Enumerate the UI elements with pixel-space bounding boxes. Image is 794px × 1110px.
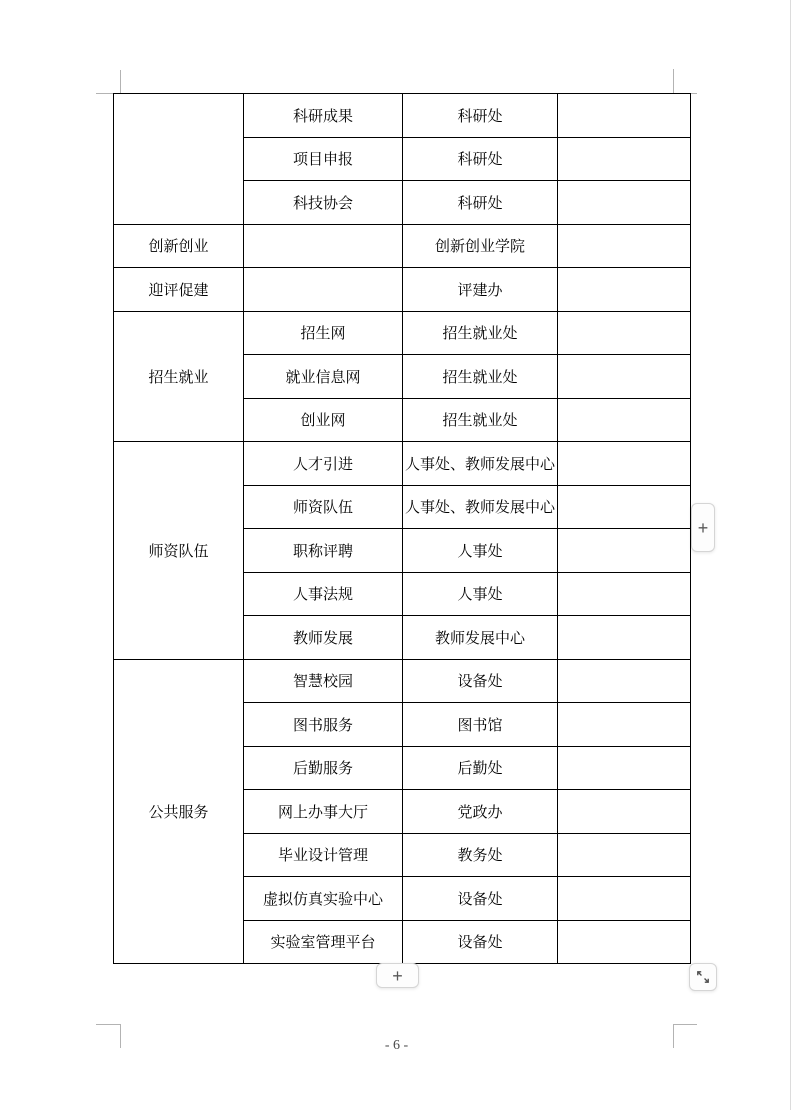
margin-crop-mark-bottom-right-h [673,1024,697,1025]
margin-crop-mark-top-right-v [673,69,674,93]
plus-icon: + [698,519,709,537]
table-body: 科研成果科研处项目申报科研处科技协会科研处创新创业创新创业学院迎评促建评建办招生… [114,94,691,964]
margin-crop-mark-bottom-left-h [96,1024,120,1025]
table-cell[interactable]: 迎评促建 [114,268,244,312]
table-cell[interactable]: 科技协会 [244,181,403,225]
table-cell[interactable]: 师资队伍 [244,485,403,529]
table-cell[interactable]: 公共服务 [114,659,244,964]
table-cell[interactable]: 教务处 [403,833,558,877]
table-cell[interactable] [558,703,691,747]
table-cell[interactable] [558,137,691,181]
table-row: 科研成果科研处 [114,94,691,138]
table-cell[interactable] [558,224,691,268]
table-cell[interactable]: 科研处 [403,181,558,225]
document-page: 科研成果科研处项目申报科研处科技协会科研处创新创业创新创业学院迎评促建评建办招生… [0,0,794,1110]
table-cell[interactable] [558,485,691,529]
table-cell[interactable]: 评建办 [403,268,558,312]
table-cell[interactable] [558,355,691,399]
plus-icon: + [392,967,403,985]
page-edge-line [790,0,791,1110]
table-cell[interactable]: 设备处 [403,920,558,964]
table-cell[interactable]: 招生就业处 [403,398,558,442]
table-cell[interactable] [558,920,691,964]
table-cell[interactable]: 创新创业学院 [403,224,558,268]
table-row: 师资队伍人才引进人事处、教师发展中心 [114,442,691,486]
table-row: 公共服务智慧校园设备处 [114,659,691,703]
table-cell[interactable] [558,181,691,225]
table-cell[interactable] [558,616,691,660]
table-cell[interactable]: 毕业设计管理 [244,833,403,877]
table-cell[interactable] [244,224,403,268]
table-cell[interactable]: 人事处、教师发展中心 [403,442,558,486]
table-cell[interactable]: 虚拟仿真实验中心 [244,877,403,921]
table-cell[interactable]: 网上办事大厅 [244,790,403,834]
table-cell[interactable]: 科研处 [403,94,558,138]
table-cell[interactable]: 党政办 [403,790,558,834]
table-cell[interactable]: 人事法规 [244,572,403,616]
table-cell[interactable]: 师资队伍 [114,442,244,660]
table-cell[interactable] [558,268,691,312]
table-cell[interactable]: 招生就业处 [403,355,558,399]
table-cell[interactable] [558,442,691,486]
table-cell[interactable]: 教师发展中心 [403,616,558,660]
table-cell[interactable]: 设备处 [403,877,558,921]
table-cell[interactable]: 招生网 [244,311,403,355]
table-cell[interactable] [558,877,691,921]
table-cell[interactable] [114,94,244,225]
table-cell[interactable] [558,790,691,834]
table-cell[interactable]: 图书馆 [403,703,558,747]
table-cell[interactable]: 后勤服务 [244,746,403,790]
table-cell[interactable]: 就业信息网 [244,355,403,399]
table-cell[interactable]: 招生就业 [114,311,244,442]
table-cell[interactable] [558,659,691,703]
table-cell[interactable]: 招生就业处 [403,311,558,355]
table-cell[interactable]: 实验室管理平台 [244,920,403,964]
table-row: 迎评促建评建办 [114,268,691,312]
table-cell[interactable]: 人事处 [403,529,558,573]
table-cell[interactable]: 人事处、教师发展中心 [403,485,558,529]
table-cell[interactable] [558,572,691,616]
table-cell[interactable]: 项目申报 [244,137,403,181]
table-cell[interactable] [558,529,691,573]
table-cell[interactable]: 创业网 [244,398,403,442]
table-cell[interactable] [558,833,691,877]
page-number: - 6 - [120,1038,673,1054]
document-table: 科研成果科研处项目申报科研处科技协会科研处创新创业创新创业学院迎评促建评建办招生… [113,93,691,964]
margin-crop-mark-bottom-right-v [673,1024,674,1048]
table-cell[interactable]: 职称评聘 [244,529,403,573]
table-cell[interactable]: 图书服务 [244,703,403,747]
table-cell[interactable]: 人才引进 [244,442,403,486]
margin-crop-mark-top-left-v [120,70,121,94]
table-cell[interactable]: 科研成果 [244,94,403,138]
table-cell[interactable]: 后勤处 [403,746,558,790]
table-cell[interactable]: 智慧校园 [244,659,403,703]
table-cell[interactable]: 人事处 [403,572,558,616]
expand-table-button[interactable] [689,963,717,991]
table-cell[interactable]: 设备处 [403,659,558,703]
add-column-button[interactable]: + [691,503,715,552]
table-cell[interactable]: 创新创业 [114,224,244,268]
add-row-button[interactable]: + [376,963,419,988]
table-row: 创新创业创新创业学院 [114,224,691,268]
table-cell[interactable]: 科研处 [403,137,558,181]
table-cell[interactable] [558,311,691,355]
table-cell[interactable] [558,746,691,790]
table-row: 招生就业招生网招生就业处 [114,311,691,355]
table-cell[interactable] [558,94,691,138]
diagonal-resize-icon [694,968,712,986]
table-cell[interactable] [244,268,403,312]
table-cell[interactable]: 教师发展 [244,616,403,660]
table-cell[interactable] [558,398,691,442]
